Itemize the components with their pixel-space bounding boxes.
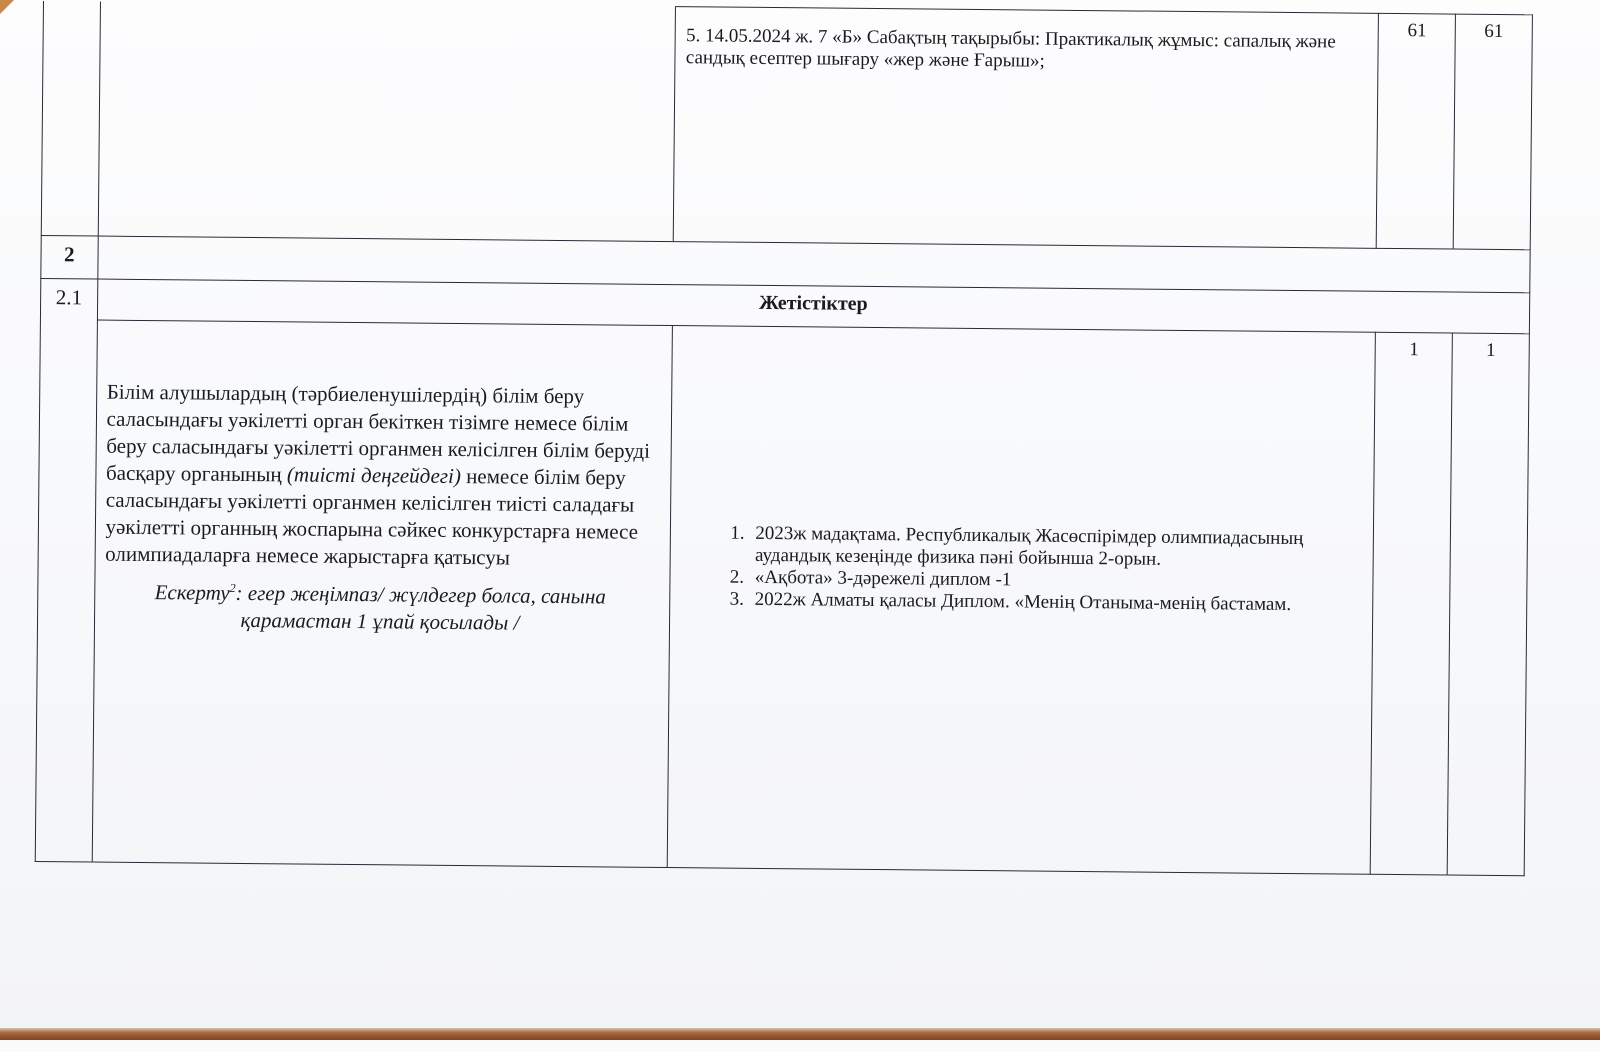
- criterion-text-italic: (тиісті деңгейдегі): [287, 462, 461, 488]
- score-self-cell: 61: [1377, 13, 1456, 249]
- section-number-cell: 2: [41, 235, 98, 279]
- criterion-cell: [98, 1, 676, 242]
- desk-corner: [0, 0, 14, 14]
- row-number-cell: [41, 1, 100, 237]
- score-expert-value: 1: [1486, 340, 1496, 361]
- table-row-continued: 5. 14.05.2024 ж. 7 «Б» Сабақтың тақырыбы…: [43, 1, 1532, 15]
- lesson-evidence-text: 5. 14.05.2024 ж. 7 «Б» Сабақтың тақырыбы…: [676, 7, 1379, 76]
- score-self-value: 61: [1407, 20, 1426, 41]
- table-row-2-1: Білім алушылардың (тәрбиеленушілердің) б…: [35, 319, 1529, 875]
- note-text: : егер жеңімпаз/ жүлдегер болса, санына …: [235, 581, 605, 635]
- criterion-text: Білім алушылардың (тәрбиеленушілердің) б…: [94, 321, 672, 639]
- evaluation-table-sheet: 5. 14.05.2024 ж. 7 «Б» Сабақтың тақырыбы…: [35, 0, 1533, 864]
- note-label: Ескерту: [155, 580, 230, 605]
- score-self-cell: 1: [1371, 332, 1453, 875]
- evidence-item: 2022ж Алматы қаласы Диплом. «Менің Отаны…: [749, 589, 1357, 617]
- section-number: 2: [64, 242, 75, 266]
- score-self-value: 1: [1409, 339, 1419, 360]
- scanned-page: 5. 14.05.2024 ж. 7 «Б» Сабақтың тақырыбы…: [0, 0, 1600, 1040]
- criterion-cell: Білім алушылардың (тәрбиеленушілердің) б…: [92, 320, 673, 868]
- evidence-list: 2023ж мадақтама. Республикалық Жасөспірі…: [671, 326, 1376, 617]
- item-number-cell: 2.1: [35, 278, 97, 862]
- evidence-item: 2023ж мадақтама. Республикалық Жасөспірі…: [749, 523, 1357, 573]
- desk-surface: [0, 1028, 1600, 1040]
- section-title: Жетістіктер: [759, 292, 868, 315]
- evaluation-table: 5. 14.05.2024 ж. 7 «Б» Сабақтың тақырыбы…: [35, 0, 1533, 876]
- evidence-cell: 5. 14.05.2024 ж. 7 «Б» Сабақтың тақырыбы…: [674, 7, 1379, 249]
- score-expert-cell: 61: [1453, 14, 1532, 250]
- item-number: 2.1: [56, 285, 82, 309]
- score-expert-cell: 1: [1447, 333, 1529, 876]
- evidence-cell: 2023ж мадақтама. Республикалық Жасөспірі…: [668, 326, 1376, 875]
- criterion-note: Ескерту2: егер жеңімпаз/ жүлдегер болса,…: [104, 574, 655, 638]
- score-expert-value: 61: [1484, 21, 1503, 42]
